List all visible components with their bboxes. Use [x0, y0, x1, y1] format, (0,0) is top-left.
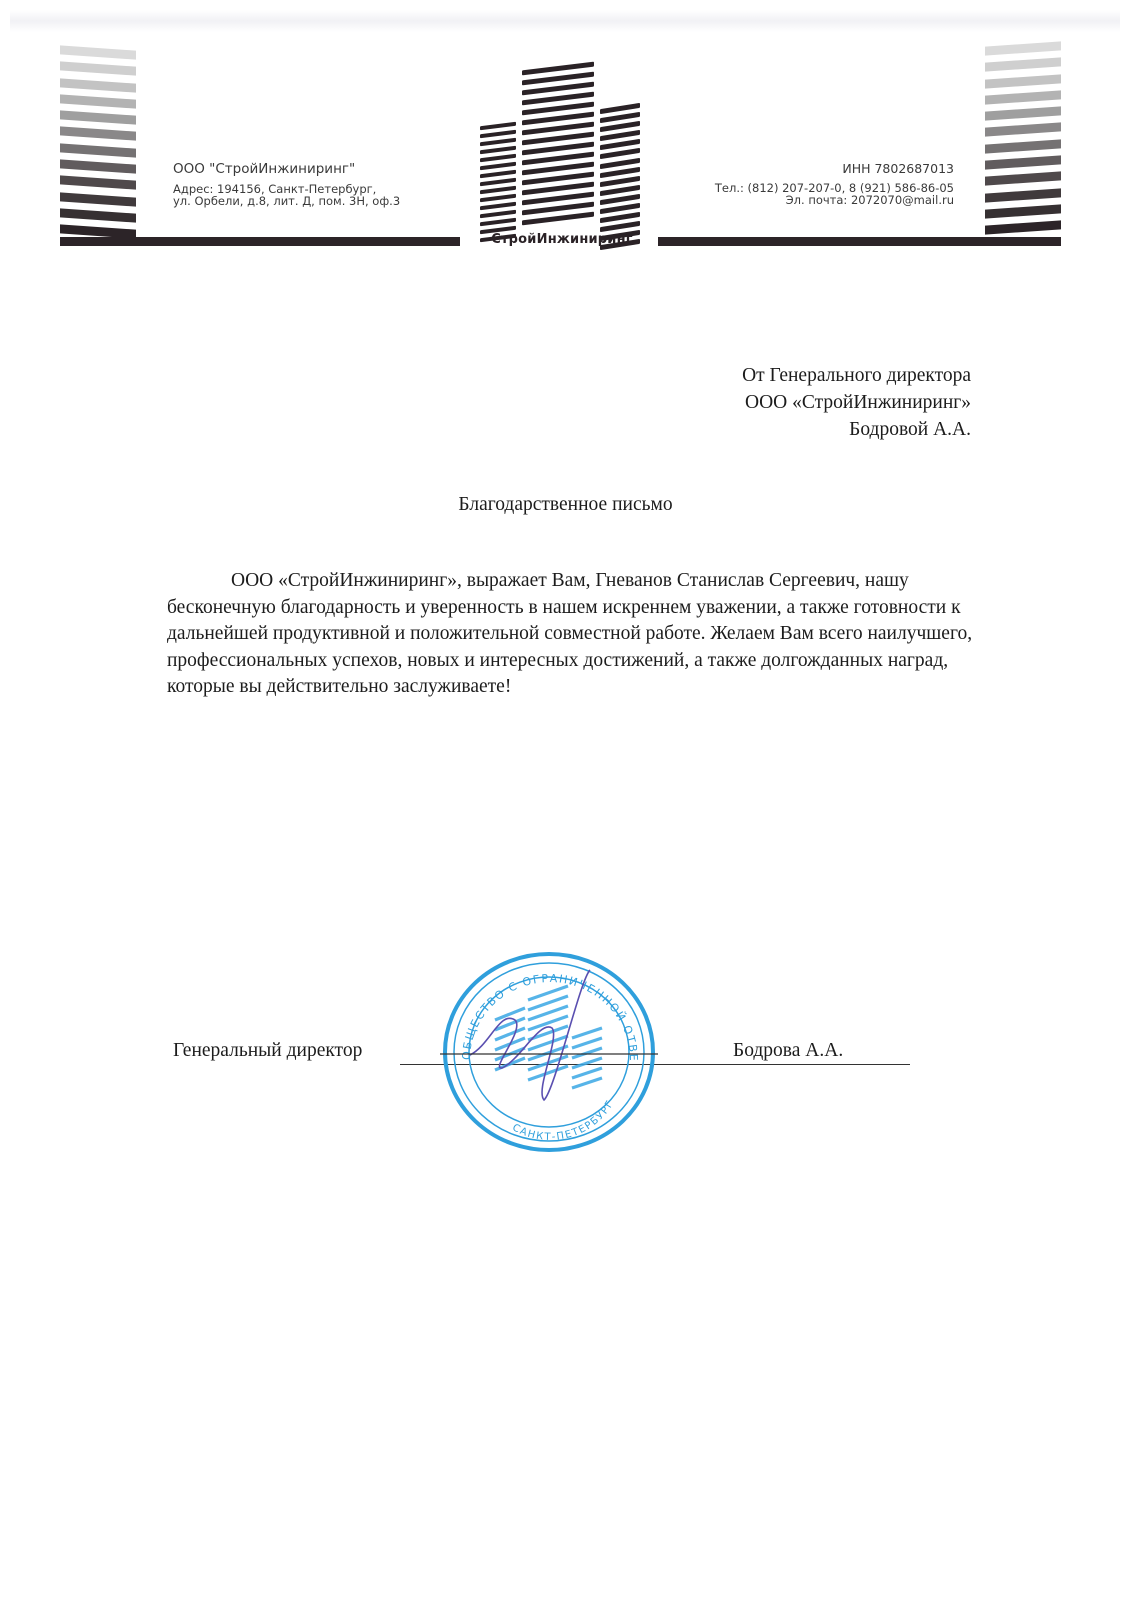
company-seal-stamp-icon: ОБЩЕСТВО С ОГРАНИЧЕННОЙ ОТВЕТСТВЕННОСТЬЮ…: [440, 950, 658, 1154]
header-rule-left: [60, 237, 460, 246]
signatory-position: Генеральный директор: [173, 1040, 362, 1062]
sender-line-3: Бодровой А.А.: [742, 416, 971, 443]
logo-wordmark: СтройИнжиниринг: [482, 232, 642, 247]
letterhead: СтройИнжиниринг ООО "СтройИнжиниринг" Ад…: [0, 0, 1131, 270]
left-building-graphic: [60, 48, 136, 244]
sender-line-1: От Генерального директора: [742, 362, 971, 389]
header-rule-right: [658, 237, 1061, 246]
letter-body: ООО «СтройИнжиниринг», выражает Вам, Гне…: [167, 568, 977, 701]
sender-line-2: ООО «СтройИнжиниринг»: [742, 389, 971, 416]
company-logo-icon: [478, 64, 643, 244]
company-contacts: ИНН 7802687013 Тел.: (812) 207-207-0, 8 …: [715, 161, 954, 206]
company-name: ООО "СтройИнжиниринг": [173, 161, 400, 177]
inn: ИНН 7802687013: [715, 161, 954, 176]
right-building-graphic: [985, 44, 1061, 240]
sender-block: От Генерального директора ООО «СтройИнжи…: [742, 362, 971, 443]
email: Эл. почта: 2072070@mail.ru: [715, 194, 954, 206]
document-title: Благодарственное письмо: [0, 494, 1131, 516]
company-info: ООО "СтройИнжиниринг" Адрес: 194156, Сан…: [173, 161, 400, 207]
signatory-name: Бодрова А.А.: [733, 1040, 843, 1062]
address-line-2: ул. Орбели, д.8, лит. Д, пом. 3Н, оф.3: [173, 195, 400, 207]
